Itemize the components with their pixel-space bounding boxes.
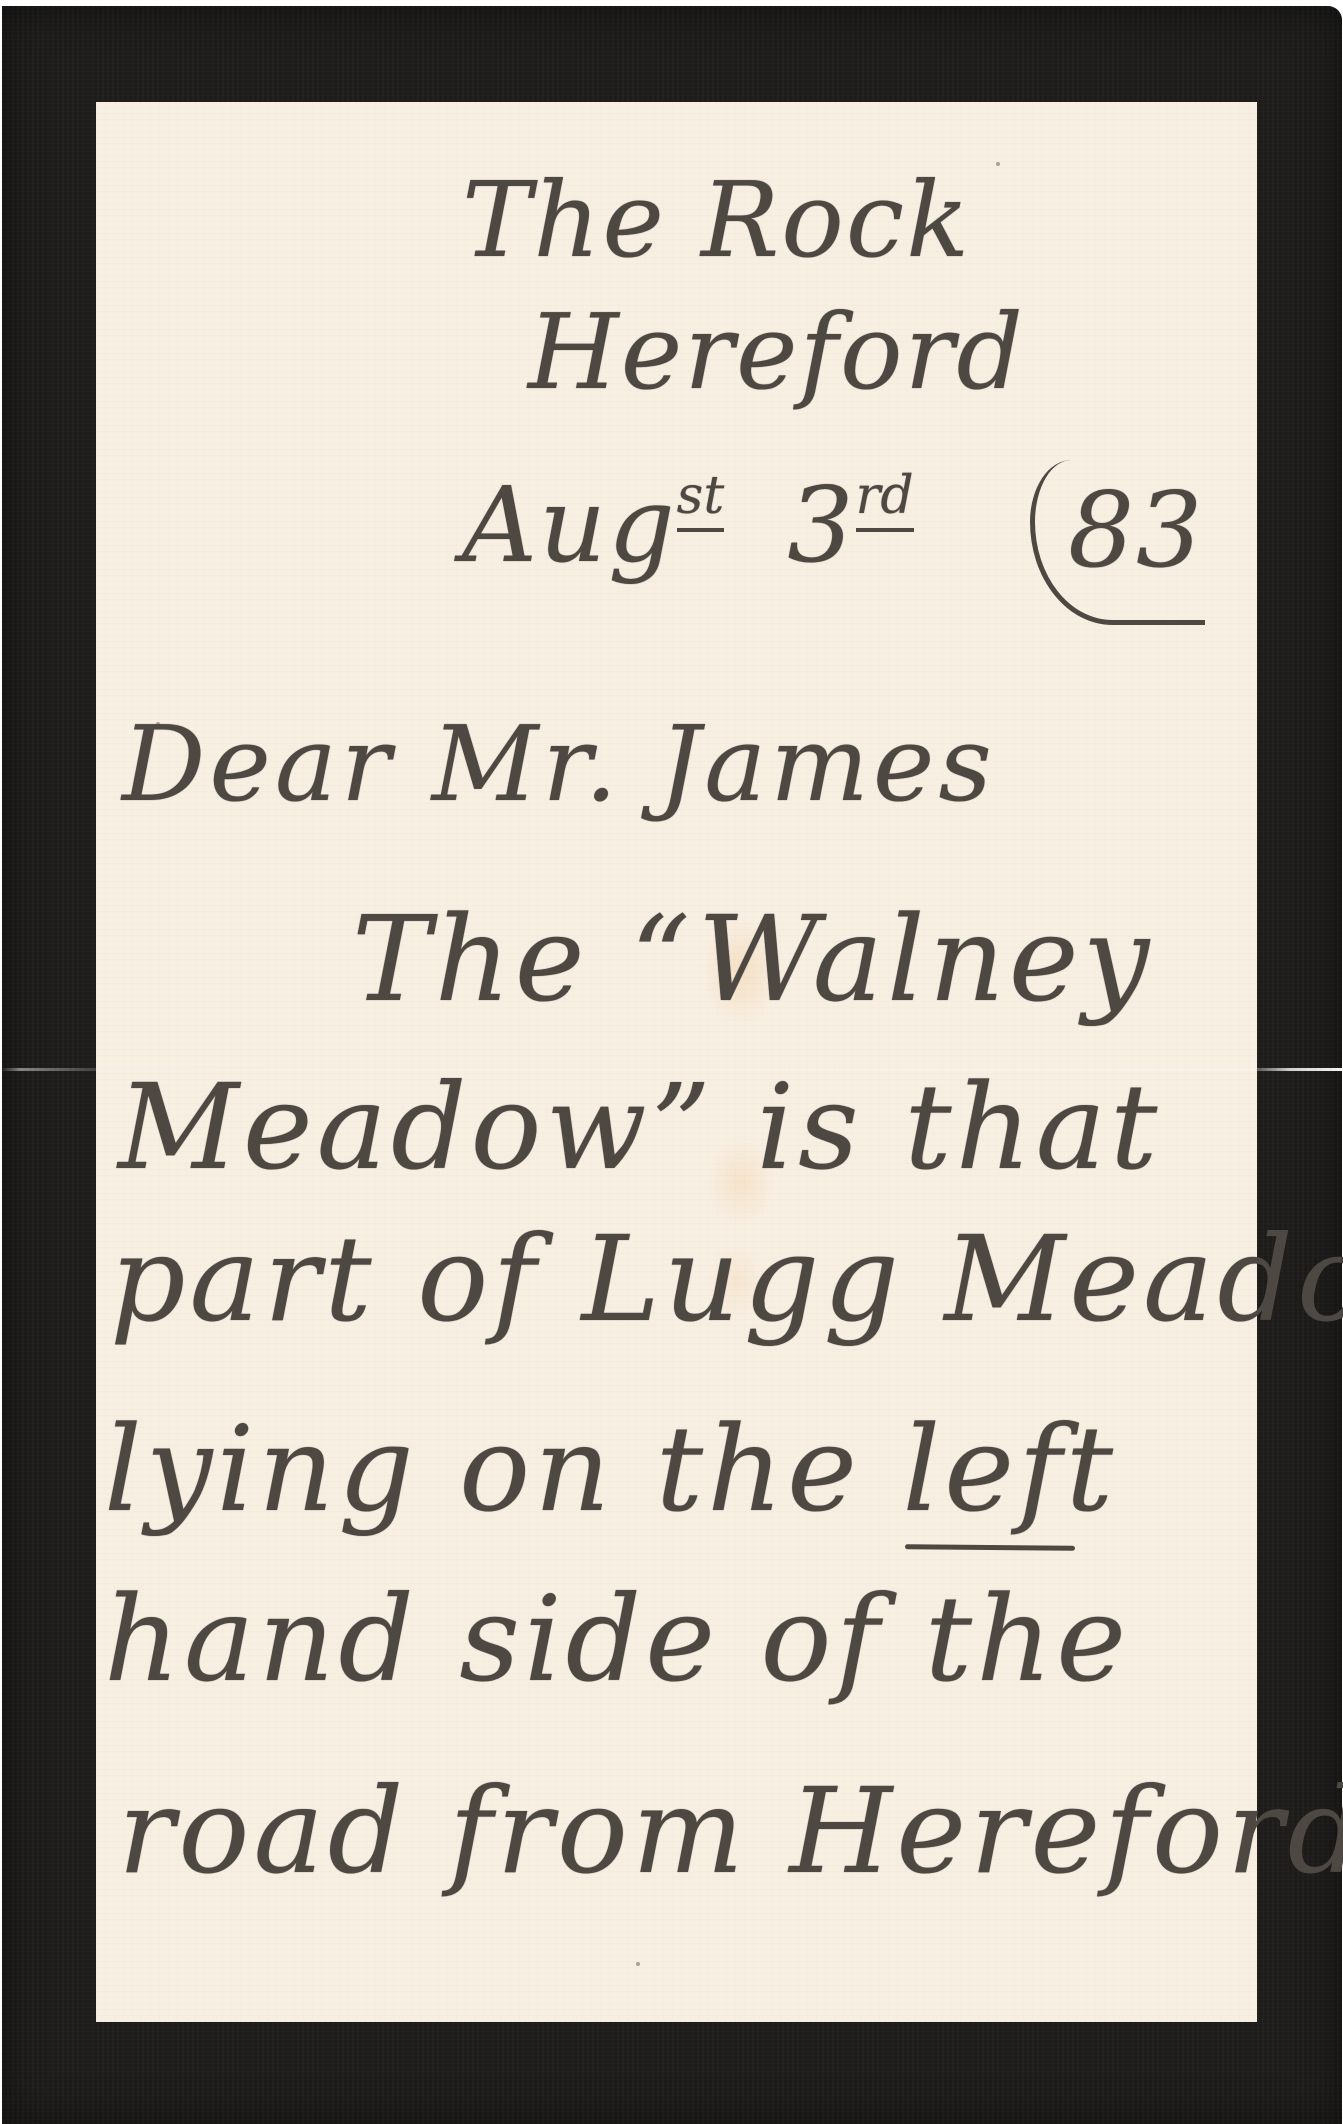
body-line-1: The “Walney xyxy=(352,900,1153,1018)
address-line-1: The Rock xyxy=(462,168,971,272)
date-day: 3 xyxy=(787,464,855,586)
paper-speck xyxy=(636,1962,640,1966)
body-line-5: hand side of the xyxy=(104,1580,1130,1698)
body-line-3: part of Lugg Meadow xyxy=(110,1220,1343,1338)
body-line-4: lying on the left xyxy=(104,1410,1117,1528)
date-month: Aug xyxy=(462,464,677,586)
body-line-2: Meadow” is that xyxy=(118,1068,1161,1186)
body-line-6: road from Hereford xyxy=(118,1772,1343,1890)
scanned-letter: The Rock Hereford Augst 3rd 83 Dear Mr. … xyxy=(0,0,1343,2124)
date-month-suffix: st xyxy=(677,466,725,532)
paper-speck xyxy=(996,162,1000,166)
date-line: Augst 3rd xyxy=(462,470,914,577)
salutation: Dear Mr. James xyxy=(122,712,996,816)
date-year: 83 xyxy=(1068,478,1204,582)
address-line-2: Hereford xyxy=(528,300,1025,404)
date-day-suffix: rd xyxy=(856,466,914,532)
